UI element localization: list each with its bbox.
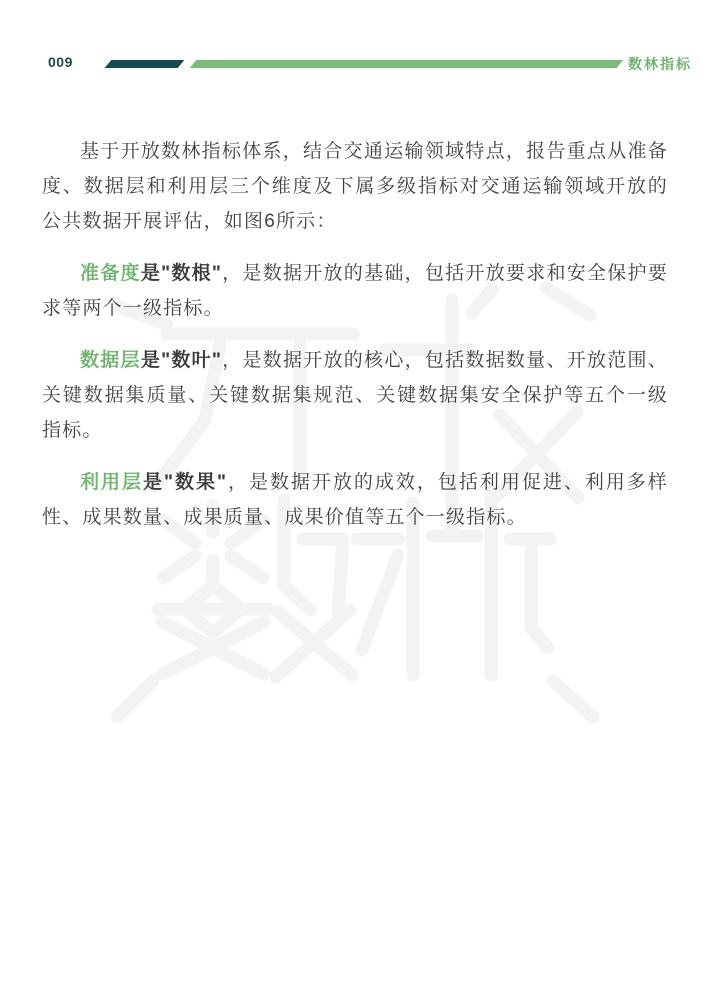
header-dark-bar [105, 60, 185, 68]
utilization-layer-metaphor: 是"数果" [143, 472, 227, 493]
body-text: 基于开放数林指标体系，结合交通运输领域特点，报告重点从准备度、数据层和利用层三个… [42, 134, 668, 552]
readiness-metaphor: 是"数根" [141, 263, 222, 284]
header-section-title: 数林指标 [628, 54, 692, 74]
paragraph-readiness: 准备度是"数根"，是数据开放的基础，包括开放要求和安全保护要求等两个一级指标。 [42, 256, 668, 326]
data-layer-term: 数据层 [80, 350, 141, 371]
header-green-bar [190, 60, 624, 68]
paragraph-intro: 基于开放数林指标体系，结合交通运输领域特点，报告重点从准备度、数据层和利用层三个… [42, 134, 668, 239]
data-layer-metaphor: 是"数叶" [141, 350, 222, 371]
utilization-layer-term: 利用层 [80, 472, 143, 493]
paragraph-data-layer: 数据层是"数叶"，是数据开放的核心，包括数据数量、开放范围、关键数据集质量、关键… [42, 343, 668, 448]
document-page: 009 数林指标 [0, 0, 710, 1004]
paragraph-intro-text: 基于开放数林指标体系，结合交通运输领域特点，报告重点从准备度、数据层和利用层三个… [42, 141, 668, 232]
paragraph-utilization-layer: 利用层是"数果"，是数据开放的成效，包括利用促进、利用多样性、成果数量、成果质量… [42, 465, 668, 535]
page-number: 009 [48, 54, 73, 70]
readiness-term: 准备度 [80, 263, 141, 284]
